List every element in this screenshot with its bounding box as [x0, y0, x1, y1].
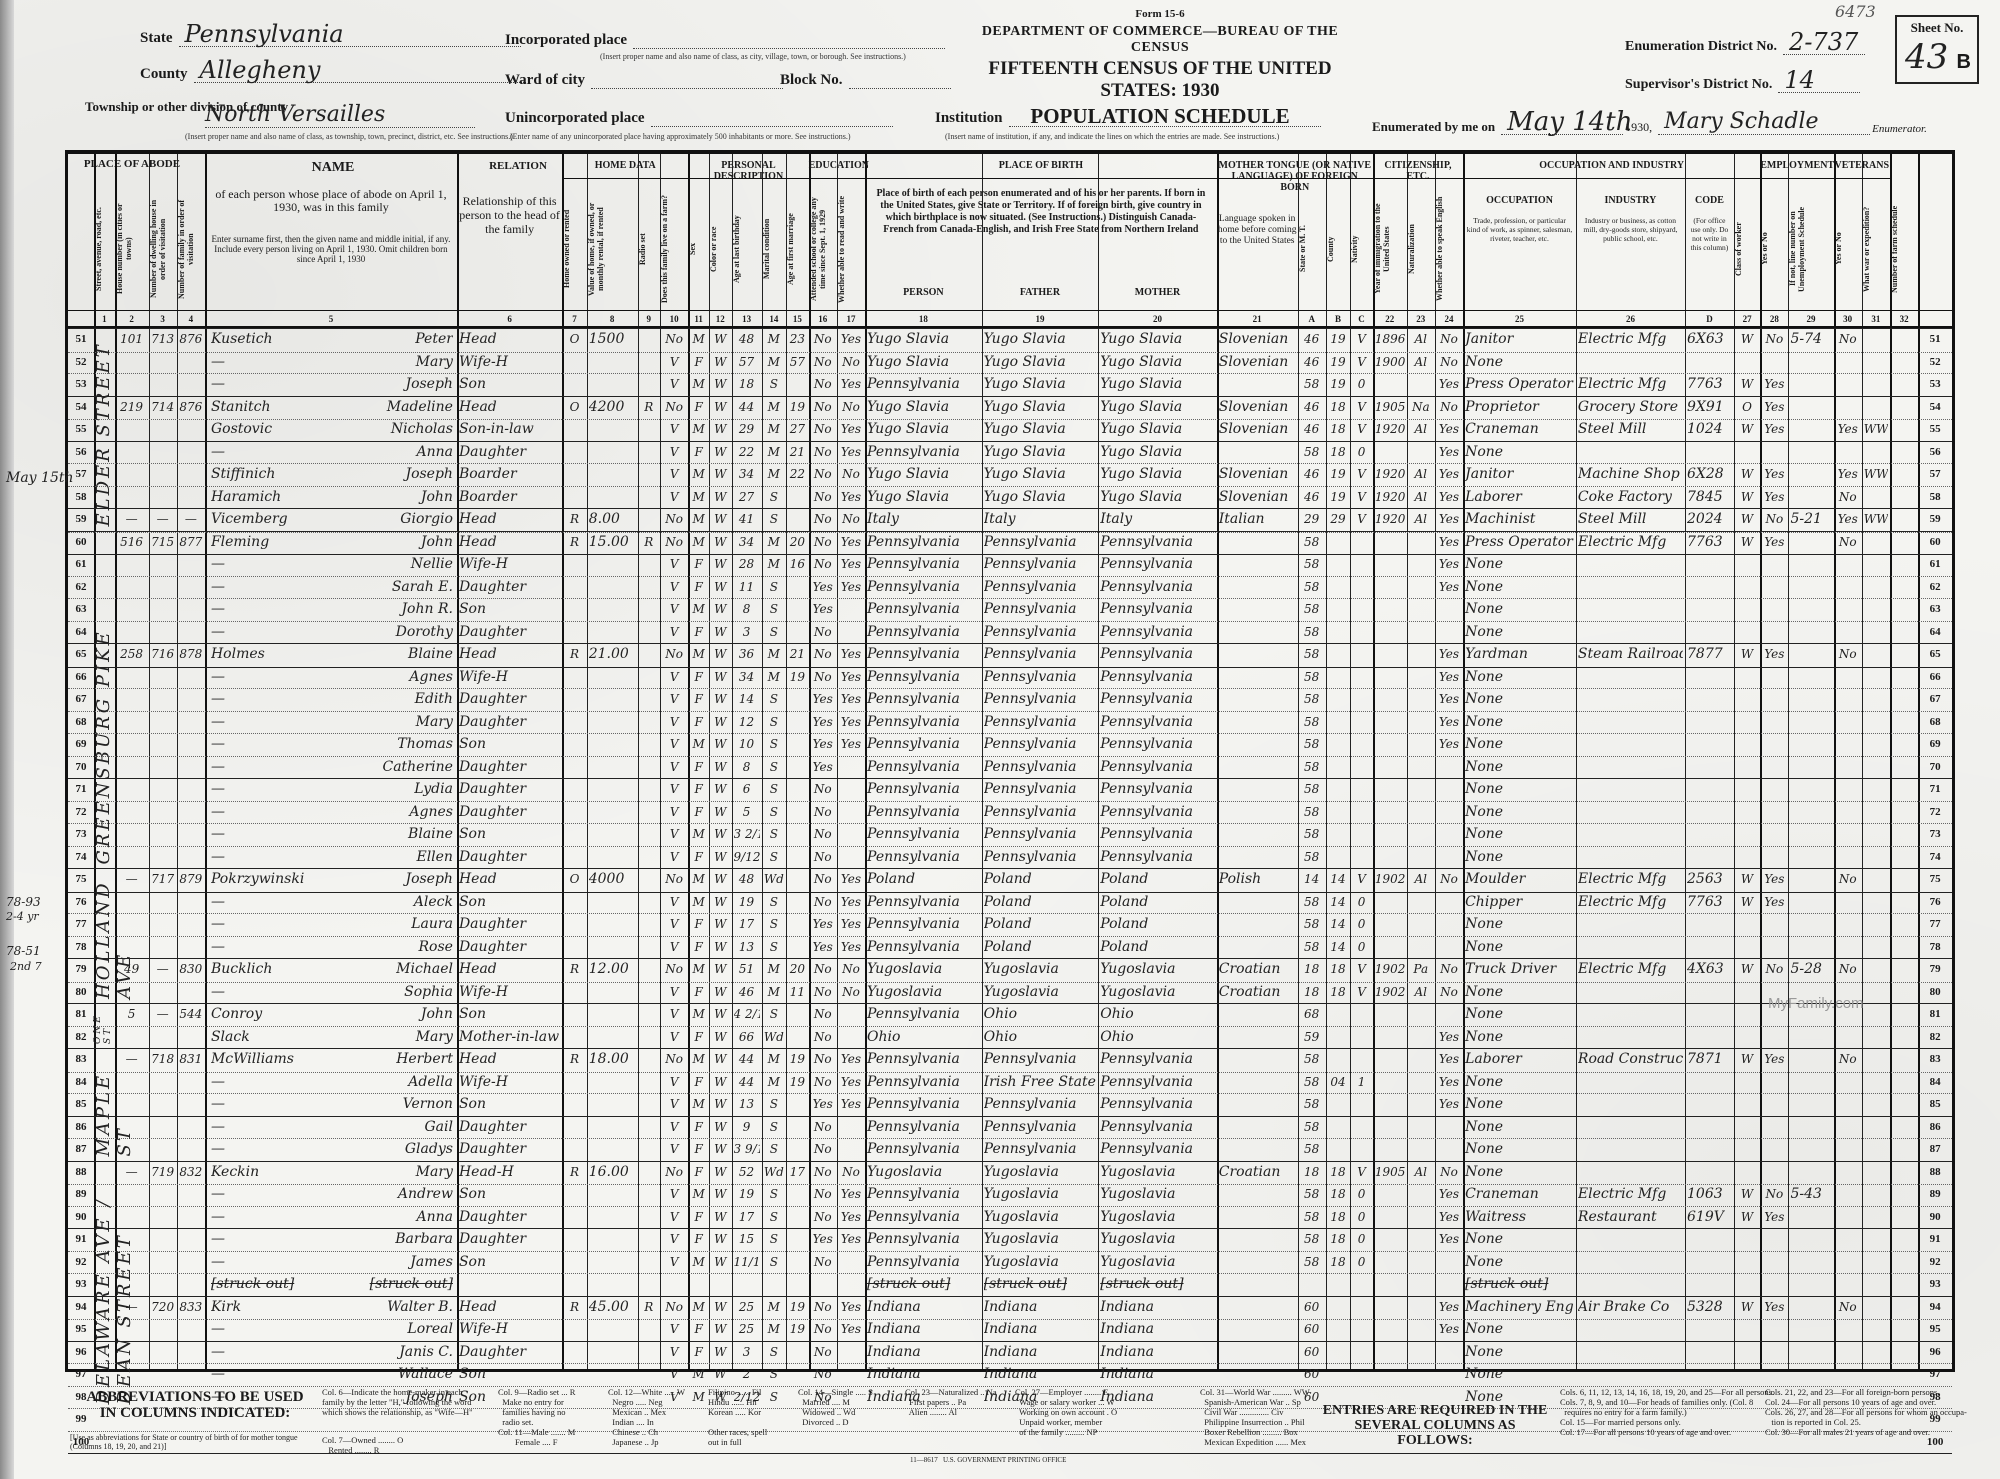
column-number: 3 [149, 314, 177, 324]
surname: — [211, 1318, 337, 1340]
cell-owned [564, 1138, 584, 1160]
cell-at-work: Yes [1762, 418, 1786, 440]
cell-family [179, 598, 203, 620]
cell-family [179, 666, 203, 688]
cell-first-marriage [788, 1183, 807, 1205]
cell-naturalization [1409, 1071, 1433, 1093]
department-title: DEPARTMENT OF COMMERCE—BUREAU OF THE CEN… [960, 24, 1360, 56]
cell-codeD: 7763 [1687, 373, 1732, 395]
cell-naturalization [1409, 846, 1433, 868]
cell-english [1437, 1251, 1461, 1273]
cell-family: 833 [179, 1296, 203, 1318]
cell-english: Yes [1437, 733, 1461, 755]
given-name: John [331, 531, 453, 553]
cell-school: No [811, 643, 835, 665]
cell-radio [640, 1273, 659, 1295]
column-number: 9 [638, 314, 661, 324]
cell-occupation: None [1465, 666, 1574, 688]
header-street: Street, avenue, road, etc. [94, 194, 115, 304]
cell-at-work: Yes [1762, 1048, 1786, 1070]
cell-first-marriage [788, 1093, 807, 1115]
cell-at-work [1762, 576, 1786, 598]
cell-worker-class: W [1736, 958, 1758, 980]
cell-age: 15 [734, 1228, 760, 1250]
cell-codeB: 18 [1328, 1161, 1348, 1183]
cell-relation: Wife-H [459, 553, 560, 575]
cell-race: W [711, 396, 730, 418]
cell-codeD: 6X28 [1687, 463, 1732, 485]
cell-codeC: 0 [1352, 1206, 1371, 1228]
cell-worker-class [1736, 936, 1758, 958]
cell-dwelling [151, 1138, 175, 1160]
cell-marital: S [764, 1341, 784, 1363]
cell-sex: F [690, 936, 707, 958]
cell-naturalization [1409, 711, 1433, 733]
cell-codeD [1687, 351, 1732, 373]
cell-industry [1578, 1161, 1683, 1183]
cell-owned [564, 823, 584, 845]
header-relation: Relationship of this person to the head … [457, 194, 562, 236]
cell-codeB [1328, 1116, 1348, 1138]
cell-read: Yes [839, 553, 863, 575]
cell-marital: S [764, 508, 784, 530]
cell-immigration [1375, 823, 1405, 845]
column-number: 24 [1435, 314, 1463, 324]
cell-farm-no [1892, 1318, 1916, 1340]
cell-race: W [711, 1071, 730, 1093]
cell-relation: Daughter [459, 1206, 560, 1228]
cell-worker-class [1736, 1026, 1758, 1048]
line-number-right: 88 [1918, 1161, 1952, 1183]
column-number: 25 [1463, 314, 1576, 324]
cell-age: 9 [734, 1116, 760, 1138]
line-number: 59 [68, 508, 94, 530]
cell-language [1219, 846, 1296, 868]
cell-school: No [811, 1206, 835, 1228]
cell-house [117, 351, 147, 373]
cell-house [117, 576, 147, 598]
county-value: Allegheny [194, 58, 526, 83]
header-divider [68, 310, 1952, 311]
cell-value [589, 801, 636, 823]
cell-farm-no [1892, 328, 1916, 350]
cell-birth-mother: Pennsylvania [1100, 801, 1214, 823]
cell-farm-no [1892, 621, 1916, 643]
cell-occupation: None [1465, 1003, 1574, 1025]
cell-language: Slovenian [1219, 463, 1296, 485]
cell-farm: V [662, 463, 686, 485]
cell-english [1437, 846, 1461, 868]
cell-codeD [1687, 1116, 1732, 1138]
line-number-right: 57 [1918, 463, 1952, 485]
cell-naturalization [1409, 531, 1433, 553]
cell-age: 34 [734, 531, 760, 553]
cell-veteran: No [1836, 868, 1860, 890]
cell-family [179, 1183, 203, 1205]
cell-family [179, 1228, 203, 1250]
cell-veteran [1836, 396, 1860, 418]
cell-birth-mother: Pennsylvania [1100, 823, 1214, 845]
cell-relation: Daughter [459, 621, 560, 643]
cell-at-work [1762, 688, 1786, 710]
cell-codeA: 58 [1300, 1116, 1324, 1138]
cell-school: No [811, 508, 835, 530]
cell-codeC [1352, 1363, 1371, 1385]
cell-radio [640, 868, 659, 890]
cell-school: No [811, 553, 835, 575]
cell-immigration [1375, 1273, 1405, 1295]
cell-school: No [811, 1363, 835, 1385]
cell-relation: Son [459, 733, 560, 755]
cell-radio [640, 621, 659, 643]
cell-occupation: Laborer [1465, 1048, 1574, 1070]
cell-owned [564, 778, 584, 800]
cell-family [179, 373, 203, 395]
cell-marital [764, 1273, 784, 1295]
cell-unemp-line [1790, 598, 1831, 620]
line-number: 55 [68, 418, 94, 440]
cell-language [1219, 913, 1296, 935]
cell-immigration: 1920 [1375, 418, 1405, 440]
cell-family [179, 801, 203, 823]
cell-codeB: 14 [1328, 913, 1348, 935]
cell-race: W [711, 1363, 730, 1385]
cell-birth-person: Pennsylvania [867, 1206, 980, 1228]
group-place-of-abode: PLACE OF ABODE [70, 158, 194, 170]
cell-birth-mother: Indiana [1100, 1318, 1214, 1340]
cell-language [1219, 1296, 1296, 1318]
line-number-right: 79 [1918, 958, 1952, 980]
cell-owned [564, 666, 584, 688]
scan-edge [0, 0, 14, 1479]
cell-read: No [839, 351, 863, 373]
cell-farm: V [662, 373, 686, 395]
cell-immigration [1375, 1003, 1405, 1025]
cell-codeA: 58 [1300, 688, 1324, 710]
line-number-right: 97 [1918, 1363, 1952, 1385]
cell-relation: Boarder [459, 486, 560, 508]
cell-sex: F [690, 913, 707, 935]
cell-codeA: 58 [1300, 1183, 1324, 1205]
cell-race: W [711, 1003, 730, 1025]
line-number-right: 90 [1918, 1206, 1952, 1228]
cell-at-work [1762, 733, 1786, 755]
cell-owned [564, 418, 584, 440]
line-number-right: 82 [1918, 1026, 1952, 1048]
cell-industry: Coke Factory [1578, 486, 1683, 508]
cell-codeC: V [1352, 958, 1371, 980]
cell-farm-no [1892, 553, 1916, 575]
cell-birth-mother: Italy [1100, 508, 1214, 530]
cell-naturalization [1409, 1228, 1433, 1250]
cell-war [1864, 936, 1888, 958]
cell-veteran: No [1836, 643, 1860, 665]
cell-codeC: 0 [1352, 891, 1371, 913]
cell-read: No [839, 1161, 863, 1183]
cell-first-marriage: 16 [788, 553, 807, 575]
cell-sex: F [690, 1341, 707, 1363]
cell-relation: Head [459, 1048, 560, 1070]
enumeration-district-value: 2-737 [1783, 30, 1865, 55]
line-number-right: 89 [1918, 1183, 1952, 1205]
cell-family [179, 981, 203, 1003]
cell-owned [564, 1093, 584, 1115]
cell-codeC [1352, 823, 1371, 845]
cell-english: Yes [1437, 463, 1461, 485]
cell-veteran [1836, 1206, 1860, 1228]
cell-age: 17 [734, 913, 760, 935]
cell-owned [564, 1116, 584, 1138]
header-birth-mother: MOTHER [1098, 288, 1216, 297]
cell-school: No [811, 823, 835, 845]
cell-value [589, 846, 636, 868]
cell-at-work: Yes [1762, 486, 1786, 508]
cell-first-marriage: 22 [788, 463, 807, 485]
given-name: Anna [331, 441, 453, 463]
cell-race: W [711, 373, 730, 395]
group-veterans: VETERANS [1834, 160, 1890, 171]
given-name: Adella [331, 1071, 453, 1093]
cell-school: No [811, 486, 835, 508]
cell-unemp-line [1790, 1341, 1831, 1363]
cell-marital: M [764, 981, 784, 1003]
cell-worker-class [1736, 1161, 1758, 1183]
cell-relation: Mother-in-law [459, 1026, 560, 1048]
cell-birth-father: Yugoslavia [984, 1183, 1097, 1205]
cell-codeD [1687, 778, 1732, 800]
cell-first-marriage [788, 621, 807, 643]
cell-sex: F [690, 778, 707, 800]
line-number: 67 [68, 688, 94, 710]
cell-codeD [1687, 576, 1732, 598]
cell-dwelling [151, 418, 175, 440]
cell-school: Yes [811, 1228, 835, 1250]
cell-worker-class [1736, 621, 1758, 643]
sheet-number: 43 [1905, 37, 1948, 77]
cell-value [589, 778, 636, 800]
given-name: Barbara [331, 1228, 453, 1250]
cell-birth-father: Yugo Slavia [984, 418, 1097, 440]
cell-worker-class: W [1736, 1206, 1758, 1228]
cell-codeD [1687, 733, 1732, 755]
cell-family: 879 [179, 868, 203, 890]
cell-codeC: V [1352, 868, 1371, 890]
line-number-right: 72 [1918, 801, 1952, 823]
header-family: Number of family in order of visitation [177, 194, 205, 304]
cell-read [839, 1138, 863, 1160]
cell-age: 36 [734, 643, 760, 665]
cell-farm: V [662, 576, 686, 598]
cell-language [1219, 1093, 1296, 1115]
cell-farm: V [662, 1363, 686, 1385]
cell-birth-person: Yugo Slavia [867, 328, 980, 350]
cell-codeB: 19 [1328, 351, 1348, 373]
cell-at-work [1762, 1161, 1786, 1183]
header-read: Whether able to read and write [837, 194, 865, 304]
cell-worker-class: O [1736, 396, 1758, 418]
cell-worker-class: W [1736, 1296, 1758, 1318]
cell-value [589, 621, 636, 643]
cell-sex: M [690, 531, 707, 553]
cell-immigration: 1920 [1375, 508, 1405, 530]
cell-codeB [1328, 801, 1348, 823]
cell-birth-person: Pennsylvania [867, 711, 980, 733]
surname: — [211, 1071, 337, 1093]
cell-codeA [1300, 1273, 1324, 1295]
cell-naturalization: Al [1409, 1161, 1433, 1183]
cell-race: W [711, 981, 730, 1003]
cell-relation [459, 1273, 560, 1295]
cell-at-work [1762, 1228, 1786, 1250]
given-name: Laura [331, 913, 453, 935]
cell-value [589, 1206, 636, 1228]
cell-sex: M [690, 418, 707, 440]
cell-sex: M [690, 486, 707, 508]
cell-first-marriage: 19 [788, 1071, 807, 1093]
cell-sex: F [690, 1228, 707, 1250]
header-name-note: Enter surname first, then the given name… [211, 234, 451, 264]
cell-first-marriage [788, 778, 807, 800]
cell-age: 28 [734, 553, 760, 575]
cell-english [1437, 778, 1461, 800]
cell-marital: S [764, 756, 784, 778]
cell-naturalization [1409, 373, 1433, 395]
cell-sex: F [690, 1161, 707, 1183]
entries-title: ENTRIES ARE REQUIRED IN THE SEVERAL COLU… [1320, 1403, 1550, 1448]
cell-english: Yes [1437, 418, 1461, 440]
cell-value: 45.00 [589, 1296, 636, 1318]
column-number: 20 [1098, 314, 1216, 324]
cell-occupation: Proprietor [1465, 396, 1574, 418]
cell-radio [640, 351, 659, 373]
column-number: 11 [688, 314, 709, 324]
cell-unemp-line [1790, 486, 1831, 508]
cell-family [179, 1206, 203, 1228]
cell-occupation: None [1465, 553, 1574, 575]
line-number-right: 96 [1918, 1341, 1952, 1363]
surname: — [211, 733, 337, 755]
cell-war [1864, 1026, 1888, 1048]
sheet-number-box: Sheet No. 43 B [1895, 15, 1979, 84]
cell-unemp-line [1790, 823, 1831, 845]
cell-language [1219, 1251, 1296, 1273]
cell-sex: F [690, 553, 707, 575]
cell-codeB: 14 [1328, 936, 1348, 958]
cell-birth-father: Pennsylvania [984, 598, 1097, 620]
cell-farm: No [662, 868, 686, 890]
cell-owned: R [564, 1048, 584, 1070]
cell-codeA: 58 [1300, 1251, 1324, 1273]
given-name: Blaine [331, 643, 453, 665]
cell-relation: Wife-H [459, 981, 560, 1003]
cell-birth-person: Pennsylvania [867, 598, 980, 620]
cell-school: No [811, 1116, 835, 1138]
cell-family [179, 936, 203, 958]
cell-owned: R [564, 643, 584, 665]
stamp-number: 6473 [1835, 2, 1876, 21]
cell-occupation: None [1465, 1363, 1574, 1385]
surname: — [211, 373, 337, 395]
cell-marital: M [764, 351, 784, 373]
cell-age: 5 [734, 801, 760, 823]
cell-sex: M [690, 958, 707, 980]
cell-occupation: Craneman [1465, 1183, 1574, 1205]
cell-birth-person: Pennsylvania [867, 373, 980, 395]
street-label: DELAWARE AVE / DEAN STREET [93, 1157, 113, 1405]
cell-read: Yes [839, 913, 863, 935]
cell-veteran [1836, 688, 1860, 710]
line-number: 60 [68, 531, 94, 553]
cell-birth-father: Poland [984, 868, 1097, 890]
line-number: 58 [68, 486, 94, 508]
line-number: 54 [68, 396, 94, 418]
cell-owned [564, 1003, 584, 1025]
margin-note-date: May 15th [6, 470, 74, 486]
cell-occupation: Press Operator [1465, 373, 1574, 395]
cell-owned [564, 598, 584, 620]
cell-english [1437, 1003, 1461, 1025]
cell-language [1219, 1003, 1296, 1025]
cell-occupation: None [1465, 1318, 1574, 1340]
cell-codeA: 58 [1300, 553, 1324, 575]
cell-worker-class: W [1736, 373, 1758, 395]
cell-dwelling [151, 553, 175, 575]
cell-school: No [811, 1341, 835, 1363]
cell-worker-class: W [1736, 1183, 1758, 1205]
cell-relation: Daughter [459, 778, 560, 800]
line-number: 97 [68, 1363, 94, 1385]
cell-owned [564, 463, 584, 485]
given-name: Herbert [331, 1048, 453, 1070]
cell-codeA: 58 [1300, 1093, 1324, 1115]
cell-race: W [711, 643, 730, 665]
cell-school: No [811, 981, 835, 1003]
line-number-right: 70 [1918, 756, 1952, 778]
surname: — [211, 1183, 337, 1205]
cell-first-marriage: 19 [788, 1318, 807, 1340]
cell-age: 9/12 [734, 846, 760, 868]
cell-industry [1578, 1318, 1683, 1340]
cell-codeB: 18 [1328, 1228, 1348, 1250]
cell-war [1864, 981, 1888, 1003]
cell-occupation: None [1465, 756, 1574, 778]
cell-first-marriage [788, 598, 807, 620]
cell-birth-person: Yugo Slavia [867, 351, 980, 373]
cell-owned [564, 1341, 584, 1363]
cell-veteran [1836, 621, 1860, 643]
cell-war [1864, 486, 1888, 508]
cell-veteran [1836, 891, 1860, 913]
cell-owned [564, 441, 584, 463]
cell-worker-class [1736, 1363, 1758, 1385]
cell-birth-father: Indiana [984, 1296, 1097, 1318]
cell-family: 878 [179, 643, 203, 665]
cell-race [711, 1273, 730, 1295]
cell-value [589, 1116, 636, 1138]
cell-codeD [1687, 913, 1732, 935]
given-name: Rose [331, 936, 453, 958]
cell-war [1864, 1116, 1888, 1138]
line-number: 61 [68, 553, 94, 575]
cell-family [179, 1116, 203, 1138]
cell-school: No [811, 778, 835, 800]
cell-school [811, 1273, 835, 1295]
cell-at-work [1762, 441, 1786, 463]
cell-birth-mother: Yugo Slavia [1100, 418, 1214, 440]
cell-naturalization [1409, 688, 1433, 710]
cell-marital: S [764, 711, 784, 733]
cell-farm-no [1892, 1296, 1916, 1318]
